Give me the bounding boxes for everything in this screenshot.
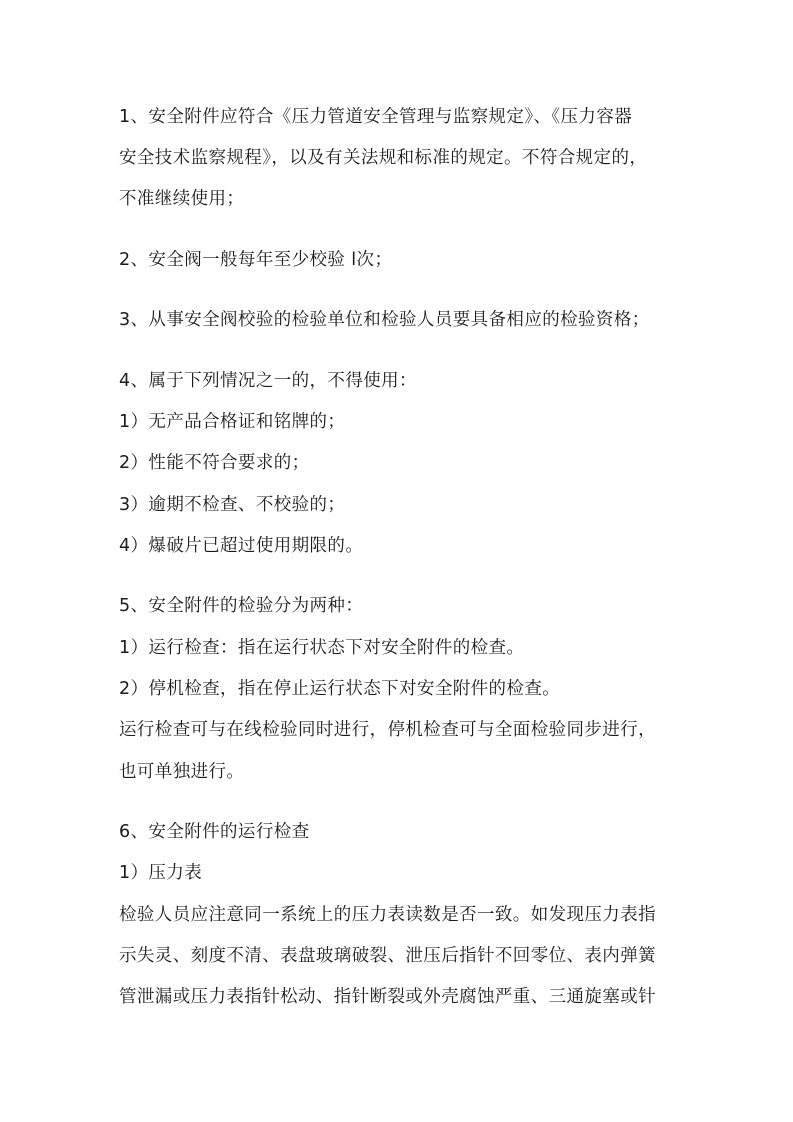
item-1-line-2: 安全技术监察规程》，以及有关法规和标准的规定。不符合规定的， <box>119 146 689 170</box>
item-4-sub-4: 4）爆破片已超过使用期限的。 <box>119 534 689 558</box>
item-6-sub-1-para-line-1: 检验人员应注意同一系统上的压力表读数是否一致。如发现压力表指 <box>119 903 689 927</box>
item-2: 2、安全阀一般每年至少校验 l次； <box>119 248 689 272</box>
item-3: 3、从事安全阀校验的检验单位和检验人员要具备相应的检验资格； <box>119 308 689 332</box>
item-5-note-line-2: 也可单独进行。 <box>119 760 689 784</box>
item-6-sub-1-heading: 1）压力表 <box>119 861 689 885</box>
item-1-line-1: 1、安全附件应符合《压力管道安全管理与监察规定》、《压力容器 <box>119 105 689 129</box>
item-6-heading: 6、安全附件的运行检查 <box>119 820 689 844</box>
item-6-sub-1-para-line-3: 管泄漏或压力表指针松动、指针断裂或外壳腐蚀严重、三通旋塞或针 <box>119 985 689 1009</box>
item-5-heading: 5、安全附件的检验分为两种： <box>119 594 689 618</box>
item-1-line-3: 不准继续使用； <box>119 187 689 211</box>
item-5-sub-2: 2）停机检查，指在停止运行状态下对安全附件的检查。 <box>119 677 689 701</box>
item-4-sub-2: 2）性能不符合要求的； <box>119 451 689 475</box>
item-4-sub-1: 1）无产品合格证和铭牌的； <box>119 410 689 434</box>
item-4-sub-3: 3）逾期不检查、不校验的； <box>119 493 689 517</box>
item-5-note-line-1: 运行检查可与在线检验同时进行，停机检查可与全面检验同步进行， <box>119 718 689 742</box>
item-4-heading: 4、属于下列情况之一的，不得使用： <box>119 369 689 393</box>
item-5-sub-1: 1）运行检查：指在运行状态下对安全附件的检查。 <box>119 636 689 660</box>
item-6-sub-1-para-line-2: 示失灵、刻度不清、表盘玻璃破裂、泄压后指针不回零位、表内弹簧 <box>119 944 689 968</box>
document-page: 1、安全附件应符合《压力管道安全管理与监察规定》、《压力容器 安全技术监察规程》… <box>0 0 793 1122</box>
